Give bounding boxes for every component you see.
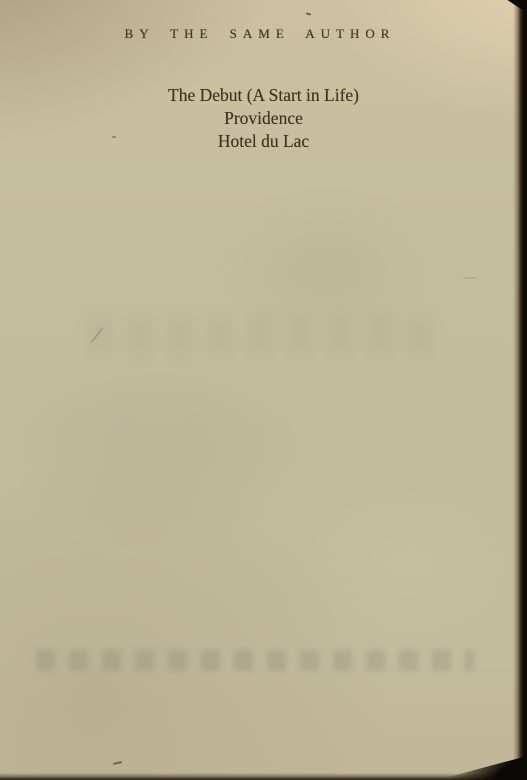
page-right-edge-shadow <box>513 0 527 780</box>
book-page: BY THE SAME AUTHOR The Debut (A Start in… <box>0 0 527 780</box>
book-title-line: Providence <box>0 107 527 130</box>
show-through-text-band-middle <box>88 314 438 358</box>
book-title-list: The Debut (A Start in Life) Providence H… <box>0 84 527 153</box>
same-author-heading: BY THE SAME AUTHOR <box>0 26 520 42</box>
book-title-line: Hotel du Lac <box>0 130 527 153</box>
show-through-text-band-bottom <box>36 650 474 671</box>
paper-speck <box>463 277 477 279</box>
book-title-line: The Debut (A Start in Life) <box>0 84 527 107</box>
